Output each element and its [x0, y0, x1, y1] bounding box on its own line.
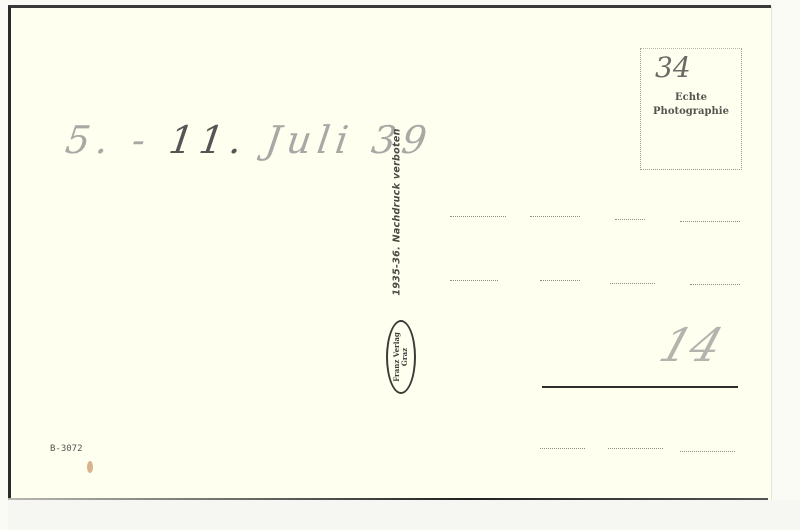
background-strip: [8, 500, 800, 530]
address-line-3: [542, 386, 738, 388]
stain-mark: [87, 461, 93, 473]
date-day-end: 11.: [166, 118, 251, 162]
address-line-4c: [680, 451, 735, 452]
stamp-label: Echte Photographie: [641, 91, 741, 119]
address-line-2c: [610, 283, 655, 284]
stamp-number: 34: [655, 51, 691, 84]
address-line-2a: [450, 280, 498, 281]
address-line-2b: [540, 280, 580, 281]
stamp-box: 34 Echte Photographie: [640, 48, 742, 170]
handwritten-date: 5. - 11. Juli 39: [63, 118, 435, 162]
copyright-notice: 1935-36. Nachdruck verboten: [392, 128, 403, 295]
publisher-logo: Franz Verlag Graz: [386, 320, 416, 394]
address-line-1d: [680, 221, 740, 222]
address-line-1c: [615, 219, 645, 220]
stamp-label-line1: Echte: [641, 91, 741, 105]
address-line-4a: [540, 448, 585, 449]
publisher-logo-text: Franz Verlag Graz: [393, 332, 409, 382]
address-line-2d: [690, 284, 740, 285]
publisher-city: Graz: [401, 332, 409, 382]
address-line-4b: [608, 448, 663, 449]
address-line-1b: [530, 216, 580, 217]
date-day: 5. -: [63, 118, 154, 162]
address-line-1a: [450, 216, 506, 217]
date-month-year: Juli 39: [263, 118, 436, 162]
stamp-label-line2: Photographie: [641, 105, 741, 119]
catalog-code: B-3072: [50, 444, 83, 454]
